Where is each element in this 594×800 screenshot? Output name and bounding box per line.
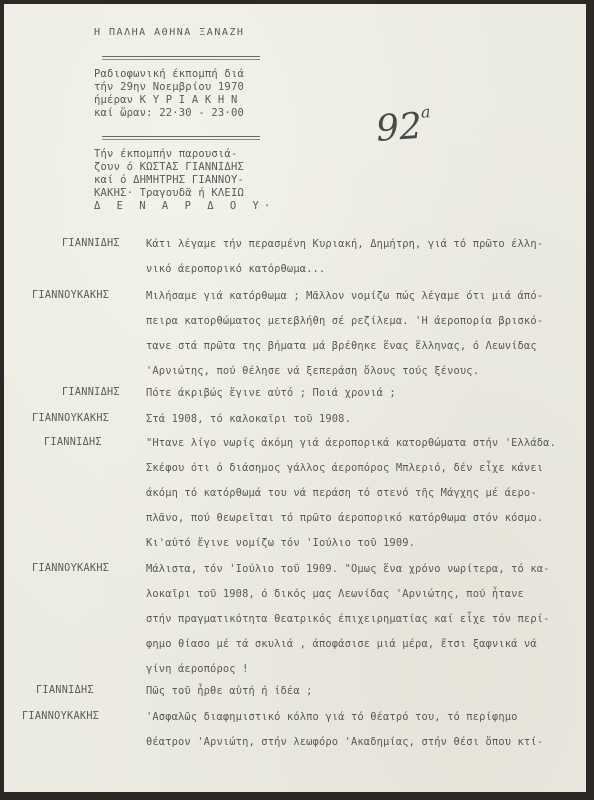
dialogue-line: Πότε άκριβώς ἔγινε αὐτό ; Ποιά χρονιά ; bbox=[146, 387, 396, 399]
typewritten-page: Η ΠΑΛΗΑ ΑΘΗΝΑ ΞΑΝΑΖΗ Ραδιοφωνική έκπομπή… bbox=[4, 4, 586, 792]
dialogue-line: Μιλήσαμε γιά κατόρθωμα ; Μᾶλλον νομίζω π… bbox=[146, 290, 543, 302]
document-title: Η ΠΑΛΗΑ ΑΘΗΝΑ ΞΑΝΑΖΗ bbox=[94, 26, 244, 39]
broadcast-line: τήν 29ην Νοεμβρίου 1970 bbox=[94, 81, 244, 94]
dialogue-line: στήν πραγματικότητα θεατρικός έπιχειρημα… bbox=[146, 613, 550, 625]
dialogue-line: Στά 1908, τό καλοκαῖρι τοῦ 1908. bbox=[146, 413, 351, 425]
dialogue-line: Σκέφου ότι ό διάσημος γάλλος άεροπόρος Μ… bbox=[146, 462, 543, 474]
dialogue-line: άκόμη τό κατόρθωμά του νά περάση τό στεν… bbox=[146, 487, 537, 499]
dialogue-line: Κάτι λέγαμε τήν περασμένη Κυριακή, Δημήτ… bbox=[146, 238, 543, 250]
presenters-line: καί ό ΔΗΜΗΤΡΗΣ ΓΙΑΝΝΟΥ- bbox=[94, 174, 275, 187]
dialogue-line: τανε στά πρῶτα της βήματα μά βρέθηκε ἕνα… bbox=[146, 340, 537, 352]
speaker-name: ΓΙΑΝΝΙΔΗΣ bbox=[62, 238, 120, 249]
speaker-name: ΓΙΑΝΝΙΔΗΣ bbox=[36, 685, 94, 696]
dialogue-line: θέατρον 'Αρνιώτη, στήν λεωφόρο 'Ακαδημία… bbox=[146, 736, 543, 748]
broadcast-info: Ραδιοφωνική έκπομπή διά τήν 29ην Νοεμβρί… bbox=[94, 68, 244, 120]
dialogue-line: γίνη άεροπόρος ! bbox=[146, 663, 249, 675]
broadcast-line: ήμέραν Κ Υ Ρ Ι Α Κ Η Ν bbox=[94, 94, 244, 107]
handwritten-page-number: 92a bbox=[375, 102, 433, 150]
speaker-name: ΓΙΑΝΝΙΔΗΣ bbox=[44, 437, 102, 448]
dialogue-line: πλᾶνο, πού θεωρεῖται τό πρῶτο άεροπορικό… bbox=[146, 512, 543, 524]
speaker-name: ΓΙΑΝΝΟΥΚΑΚΗΣ bbox=[32, 290, 109, 301]
title-divider bbox=[102, 56, 260, 60]
dialogue-line: 'Αρνιώτης, πού θέλησε νά ξεπεράση ὅλους … bbox=[146, 365, 479, 377]
dialogue-line: πειρα κατορθώματος μετεβλήθη σέ ρεζίλεμα… bbox=[146, 315, 543, 327]
dialogue-line: Μάλιστα, τόν 'Ιούλιο τοῦ 1909. "Ομως ἕνα… bbox=[146, 563, 550, 575]
dialogue-line: νικό άεροπορικό κατόρθωμα... bbox=[146, 263, 325, 275]
speaker-name: ΓΙΑΝΝΟΥΚΑΚΗΣ bbox=[22, 711, 99, 722]
dialogue-line: "Ητανε λίγο νωρίς άκόμη γιά άεροπορικά κ… bbox=[146, 437, 556, 449]
dialogue-line: 'Ασφαλῶς διαφημιστικό κόλπο γιά τό θέατρ… bbox=[146, 711, 518, 723]
presenters-line: Δ Ε Ν Α Ρ Δ Ο Υ· bbox=[94, 200, 275, 213]
dialogue-line: Πῶς τοῦ ἦρθε αὐτή ή ἰδέα ; bbox=[146, 685, 313, 697]
speaker-name: ΓΙΑΝΝΟΥΚΑΚΗΣ bbox=[32, 413, 109, 424]
speaker-name: ΓΙΑΝΝΙΔΗΣ bbox=[62, 387, 120, 398]
dialogue-line: λοκαῖρι τοῦ 1908, ό δικός μας Λεωνίδας '… bbox=[146, 588, 524, 600]
dialogue-line: Κι'αὐτό ἔγινε νομίζω τόν 'Ιούλιο τοῦ 190… bbox=[146, 537, 415, 549]
presenters-line: ζουν ό ΚΩΣΤΑΣ ΓΙΑΝΝΙΔΗΣ bbox=[94, 161, 275, 174]
broadcast-line: καί ὥραν: 22·30 - 23·00 bbox=[94, 107, 244, 120]
presenters-line: ΚΑΚΗΣ· Τραγουδᾶ ή ΚΛΕΙΩ bbox=[94, 187, 275, 200]
speaker-name: ΓΙΑΝΝΟΥΚΑΚΗΣ bbox=[32, 563, 109, 574]
broadcast-line: Ραδιοφωνική έκπομπή διά bbox=[94, 68, 244, 81]
info-divider bbox=[102, 136, 260, 140]
presenters-line: Τήν έκπομπήν παρουσιά- bbox=[94, 148, 275, 161]
dialogue-line: φημο θίασο μέ τά σκυλιά , άποφάσισε μιά … bbox=[146, 638, 537, 650]
presenters-info: Τήν έκπομπήν παρουσιά- ζουν ό ΚΩΣΤΑΣ ΓΙΑ… bbox=[94, 148, 275, 213]
